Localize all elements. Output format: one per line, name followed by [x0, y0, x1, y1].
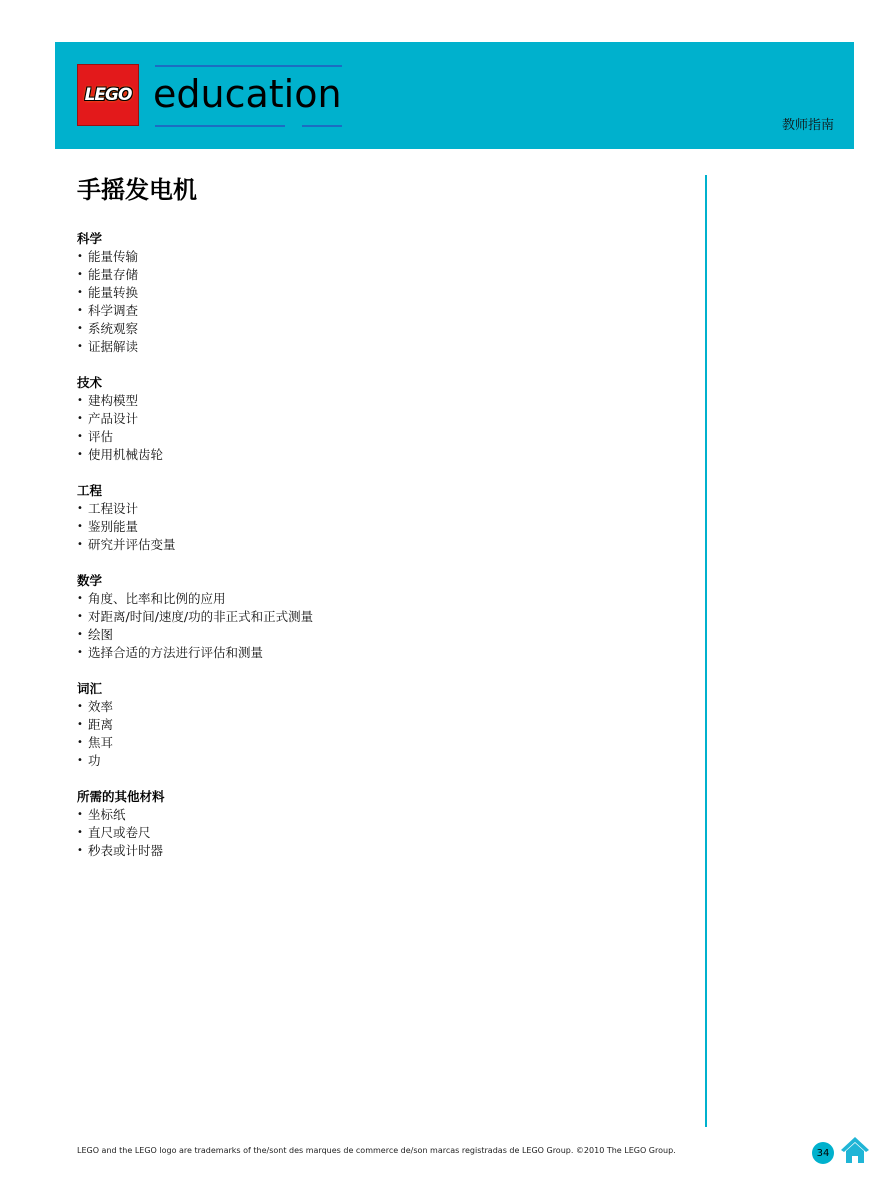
list-item: •角度、比率和比例的应用: [77, 590, 677, 608]
home-icon[interactable]: [840, 1136, 870, 1164]
bullet-icon: •: [77, 338, 88, 356]
bullet-icon: •: [77, 734, 88, 752]
bullet-icon: •: [77, 644, 88, 662]
list-item-text: 功: [88, 752, 101, 770]
list-item: •秒表或计时器: [77, 842, 677, 860]
list-item-text: 能量传输: [88, 248, 138, 266]
list-item: •效率: [77, 698, 677, 716]
list-item-text: 对距离/时间/速度/功的非正式和正式测量: [88, 608, 313, 626]
list-item-text: 能量转换: [88, 284, 138, 302]
list-item: •对距离/时间/速度/功的非正式和正式测量: [77, 608, 677, 626]
list-item: •鉴别能量: [77, 518, 677, 536]
bullet-icon: •: [77, 410, 88, 428]
bullet-icon: •: [77, 842, 88, 860]
list-item-text: 研究并评估变量: [88, 536, 176, 554]
list-item: •证据解读: [77, 338, 677, 356]
list-item: •坐标纸: [77, 806, 677, 824]
list-item-text: 证据解读: [88, 338, 138, 356]
section-heading: 数学: [77, 572, 677, 590]
list-item: •能量传输: [77, 248, 677, 266]
teacher-guide-label: 教师指南: [782, 114, 834, 133]
list-item-text: 科学调查: [88, 302, 138, 320]
list-item-text: 距离: [88, 716, 113, 734]
section: 技术•建构模型•产品设计•评估•使用机械齿轮: [77, 374, 677, 464]
list-item: •功: [77, 752, 677, 770]
section-heading: 科学: [77, 230, 677, 248]
list-item: •系统观察: [77, 320, 677, 338]
list-item: •焦耳: [77, 734, 677, 752]
list-item-text: 系统观察: [88, 320, 138, 338]
section: 词汇•效率•距离•焦耳•功: [77, 680, 677, 770]
list-item-text: 产品设计: [88, 410, 138, 428]
bullet-icon: •: [77, 392, 88, 410]
list-item-text: 能量存储: [88, 266, 138, 284]
bullet-icon: •: [77, 608, 88, 626]
list-item: •工程设计: [77, 500, 677, 518]
section: 科学•能量传输•能量存储•能量转换•科学调查•系统观察•证据解读: [77, 230, 677, 356]
logo-rule-top: [155, 65, 342, 67]
page-header: LEGO education 教师指南: [55, 42, 854, 149]
bullet-icon: •: [77, 248, 88, 266]
section-heading: 所需的其他材料: [77, 788, 677, 806]
list-item-text: 工程设计: [88, 500, 138, 518]
lego-logo-text: LEGO: [85, 85, 132, 105]
bullet-icon: •: [77, 518, 88, 536]
bullet-icon: •: [77, 266, 88, 284]
list-item-text: 秒表或计时器: [88, 842, 163, 860]
bullet-icon: •: [77, 284, 88, 302]
education-wordmark: education: [153, 72, 342, 116]
bullet-icon: •: [77, 446, 88, 464]
list-item: •科学调查: [77, 302, 677, 320]
list-item-text: 效率: [88, 698, 113, 716]
bullet-icon: •: [77, 698, 88, 716]
page-number-badge: 34: [812, 1142, 834, 1164]
list-item: •能量存储: [77, 266, 677, 284]
bullet-icon: •: [77, 302, 88, 320]
bullet-icon: •: [77, 752, 88, 770]
logo-rule-bottom-left: [155, 125, 285, 127]
bullet-icon: •: [77, 590, 88, 608]
list-item-text: 评估: [88, 428, 113, 446]
section: 工程•工程设计•鉴别能量•研究并评估变量: [77, 482, 677, 554]
list-item: •距离: [77, 716, 677, 734]
list-item-text: 使用机械齿轮: [88, 446, 163, 464]
section: 所需的其他材料•坐标纸•直尺或卷尺•秒表或计时器: [77, 788, 677, 860]
bullet-icon: •: [77, 716, 88, 734]
list-item: •研究并评估变量: [77, 536, 677, 554]
section-heading: 词汇: [77, 680, 677, 698]
bullet-icon: •: [77, 428, 88, 446]
section: 数学•角度、比率和比例的应用•对距离/时间/速度/功的非正式和正式测量•绘图•选…: [77, 572, 677, 662]
list-item: •能量转换: [77, 284, 677, 302]
bullet-icon: •: [77, 536, 88, 554]
list-item-text: 鉴别能量: [88, 518, 138, 536]
bullet-icon: •: [77, 626, 88, 644]
list-item: •选择合适的方法进行评估和测量: [77, 644, 677, 662]
vertical-divider: [705, 175, 707, 1127]
bullet-icon: •: [77, 320, 88, 338]
list-item-text: 直尺或卷尺: [88, 824, 151, 842]
lego-logo: LEGO: [77, 64, 139, 126]
list-item-text: 角度、比率和比例的应用: [88, 590, 226, 608]
list-item: •产品设计: [77, 410, 677, 428]
trademark-footer: LEGO and the LEGO logo are trademarks of…: [77, 1146, 676, 1155]
list-item: •评估: [77, 428, 677, 446]
list-item-text: 建构模型: [88, 392, 138, 410]
bullet-icon: •: [77, 806, 88, 824]
topic-sections: 科学•能量传输•能量存储•能量转换•科学调查•系统观察•证据解读技术•建构模型•…: [77, 230, 677, 878]
list-item-text: 选择合适的方法进行评估和测量: [88, 644, 263, 662]
section-heading: 技术: [77, 374, 677, 392]
list-item: •使用机械齿轮: [77, 446, 677, 464]
bullet-icon: •: [77, 824, 88, 842]
section-heading: 工程: [77, 482, 677, 500]
logo-rule-bottom-right: [302, 125, 342, 127]
list-item: •直尺或卷尺: [77, 824, 677, 842]
list-item: •绘图: [77, 626, 677, 644]
list-item-text: 焦耳: [88, 734, 113, 752]
list-item-text: 绘图: [88, 626, 113, 644]
page-title: 手摇发电机: [77, 170, 197, 205]
bullet-icon: •: [77, 500, 88, 518]
list-item-text: 坐标纸: [88, 806, 126, 824]
list-item: •建构模型: [77, 392, 677, 410]
